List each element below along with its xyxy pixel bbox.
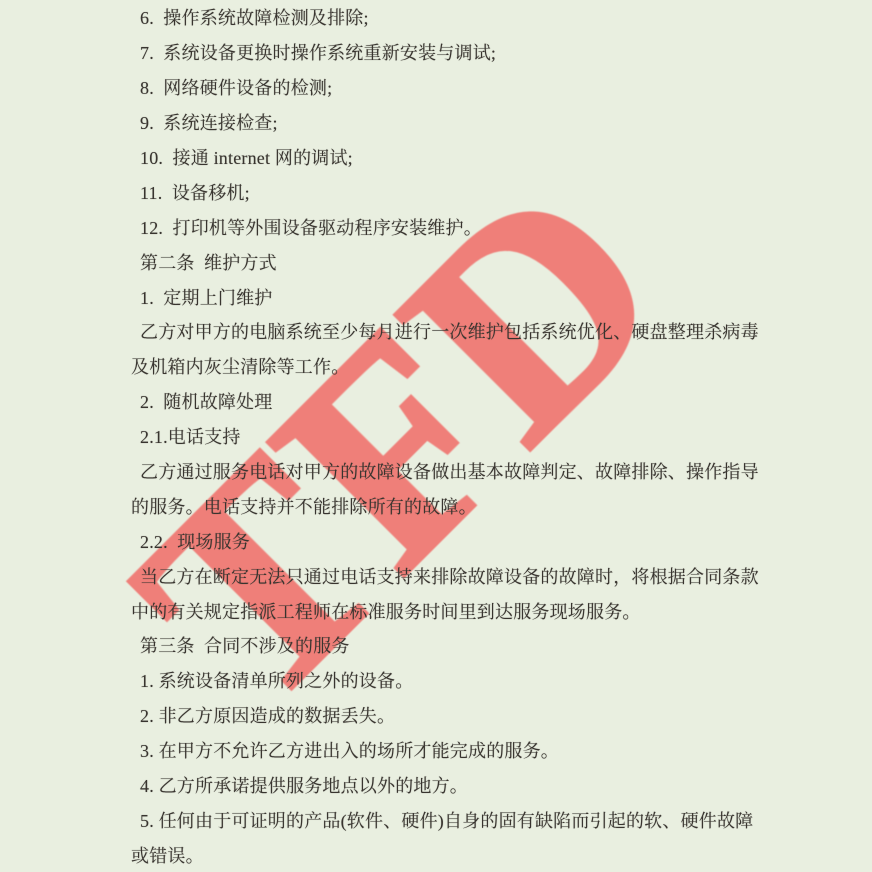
text-line: 3. 在甲方不允许乙方进出入的场所才能完成的服务。 xyxy=(0,733,872,768)
text-line: 乙方对甲方的电脑系统至少每月进行一次维护包括系统优化、硬盘整理杀病毒 xyxy=(0,314,872,349)
text-line: 7. 系统设备更换时操作系统重新安装与调试; xyxy=(0,35,872,70)
text-line: 5. 任何由于可证明的产品(软件、硬件)自身的固有缺陷而引起的软、硬件故障 xyxy=(0,802,872,837)
text-line: 1. 定期上门维护 xyxy=(0,279,872,314)
text-line: 10. 接通 internet 网的调试; xyxy=(0,140,872,175)
text-line: 6. 操作系统故障检测及排除; xyxy=(0,0,872,35)
text-line: 或错误。 xyxy=(0,837,872,872)
text-line: 11. 设备移机; xyxy=(0,174,872,209)
document-body: 6. 操作系统故障检测及排除;7. 系统设备更换时操作系统重新安装与调试;8. … xyxy=(0,0,872,872)
text-line: 9. 系统连接检查; xyxy=(0,105,872,140)
document-page: TFD 6. 操作系统故障检测及排除;7. 系统设备更换时操作系统重新安装与调试… xyxy=(0,0,872,872)
text-line: 的服务。电话支持并不能排除所有的故障。 xyxy=(0,488,872,523)
text-line: 1. 系统设备清单所列之外的设备。 xyxy=(0,663,872,698)
text-line: 第二条 维护方式 xyxy=(0,244,872,279)
text-line: 2. 随机故障处理 xyxy=(0,384,872,419)
text-line: 中的有关规定指派工程师在标准服务时间里到达服务现场服务。 xyxy=(0,593,872,628)
text-line: 8. 网络硬件设备的检测; xyxy=(0,70,872,105)
text-line: 及机箱内灰尘清除等工作。 xyxy=(0,349,872,384)
text-line: 4. 乙方所承诺提供服务地点以外的地方。 xyxy=(0,768,872,803)
text-line: 12. 打印机等外围设备驱动程序安装维护。 xyxy=(0,209,872,244)
text-line: 2.1.电话支持 xyxy=(0,419,872,454)
text-line: 2.2. 现场服务 xyxy=(0,523,872,558)
text-line: 当乙方在断定无法只通过电话支持来排除故障设备的故障时，将根据合同条款 xyxy=(0,558,872,593)
text-line: 乙方通过服务电话对甲方的故障设备做出基本故障判定、故障排除、操作指导 xyxy=(0,454,872,489)
text-line: 第三条 合同不涉及的服务 xyxy=(0,628,872,663)
text-line: 2. 非乙方原因造成的数据丢失。 xyxy=(0,698,872,733)
